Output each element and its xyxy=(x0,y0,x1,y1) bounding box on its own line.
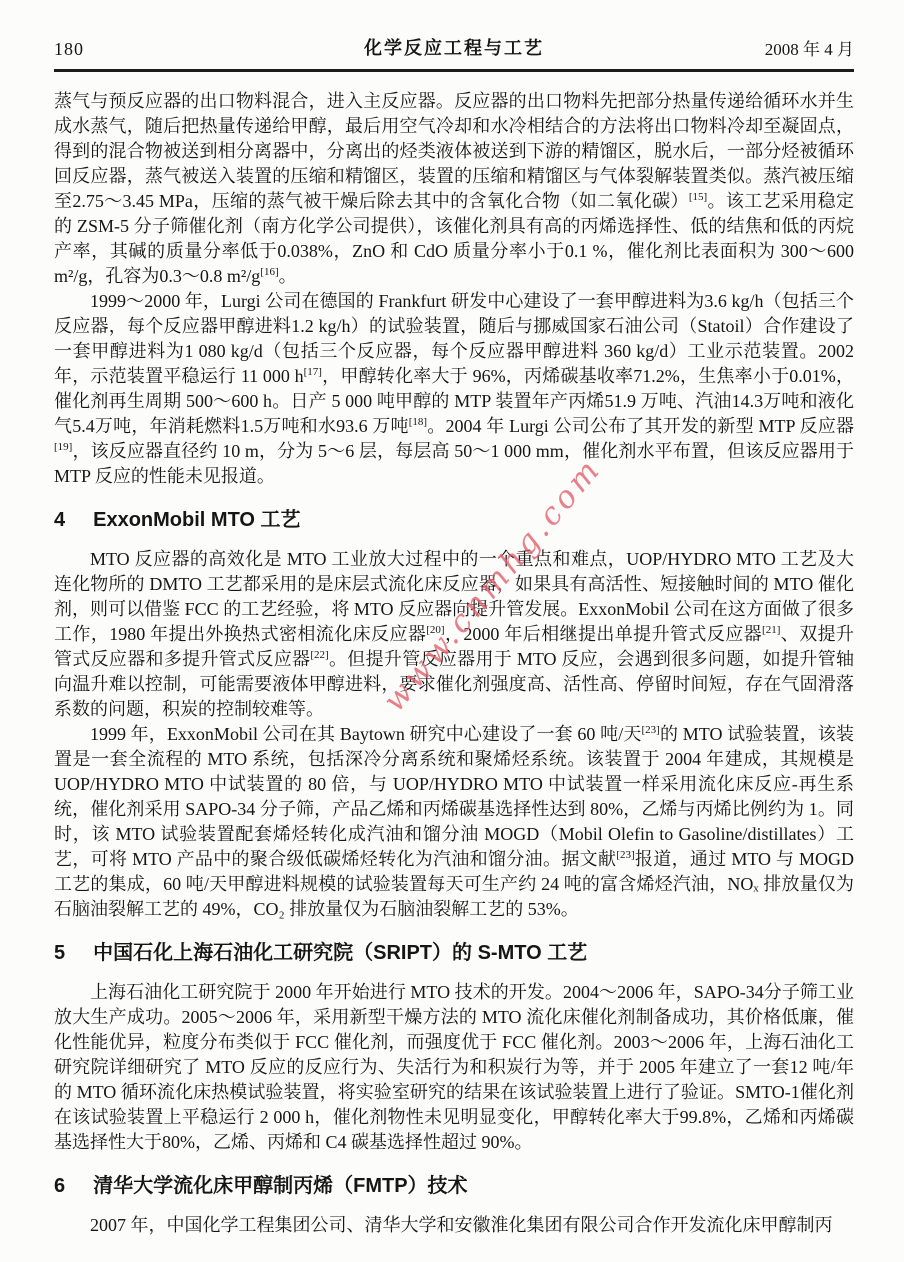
article-body: 蒸气与预反应器的出口物料混合，进入主反应器。反应器的出口物料先把部分热量传递给循… xyxy=(54,89,854,1238)
section-heading-5-sript-smto: 5中国石化上海石油化工研究院（SRIPT）的 S-MTO 工艺 xyxy=(54,939,854,967)
paragraph-fmtp-intro-partial: 2007 年，中国化学工程集团公司、清华大学和安徽淮化集团有限公司合作开发流化床… xyxy=(54,1213,854,1238)
issue-date: 2008 年 4 月 xyxy=(654,35,854,60)
paragraph-sript-smto-development: 上海石油化工研究院于 2000 年开始进行 MTO 技术的开发。2004～200… xyxy=(54,980,854,1155)
section-title: 清华大学流化床甲醇制丙烯（FMTP）技术 xyxy=(93,1175,467,1197)
section-number: 5 xyxy=(54,939,65,967)
paragraph-exxonmobil-baytown: 1999 年，ExxonMobil 公司在其 Baytown 研究中心建设了一套… xyxy=(54,722,854,922)
paragraph-mtp-process-continuation: 蒸气与预反应器的出口物料混合，进入主反应器。反应器的出口物料先把部分热量传递给循… xyxy=(54,89,854,289)
paragraph-lurgi-pilot-plant: 1999～2000 年，Lurgi 公司在德国的 Frankfurt 研发中心建… xyxy=(54,289,854,489)
scanned-paper-page: 180 化学反应工程与工艺 2008 年 4 月 蒸气与预反应器的出口物料混合，… xyxy=(0,0,904,1262)
section-heading-4-exxonmobil-mto: 4ExxonMobil MTO 工艺 xyxy=(54,506,854,534)
section-title: ExxonMobil MTO 工艺 xyxy=(93,509,300,531)
paragraph-mto-riser-reactor: MTO 反应器的高效化是 MTO 工业放大过程中的一个重点和难点，UOP/HYD… xyxy=(54,547,854,722)
page-number: 180 xyxy=(54,39,254,60)
page-header: 180 化学反应工程与工艺 2008 年 4 月 xyxy=(54,0,854,72)
section-number: 4 xyxy=(54,506,65,534)
journal-title: 化学反应工程与工艺 xyxy=(254,34,654,60)
section-title: 中国石化上海石油化工研究院（SRIPT）的 S-MTO 工艺 xyxy=(93,942,587,964)
section-number: 6 xyxy=(54,1172,65,1200)
section-heading-6-fmtp: 6清华大学流化床甲醇制丙烯（FMTP）技术 xyxy=(54,1172,854,1200)
